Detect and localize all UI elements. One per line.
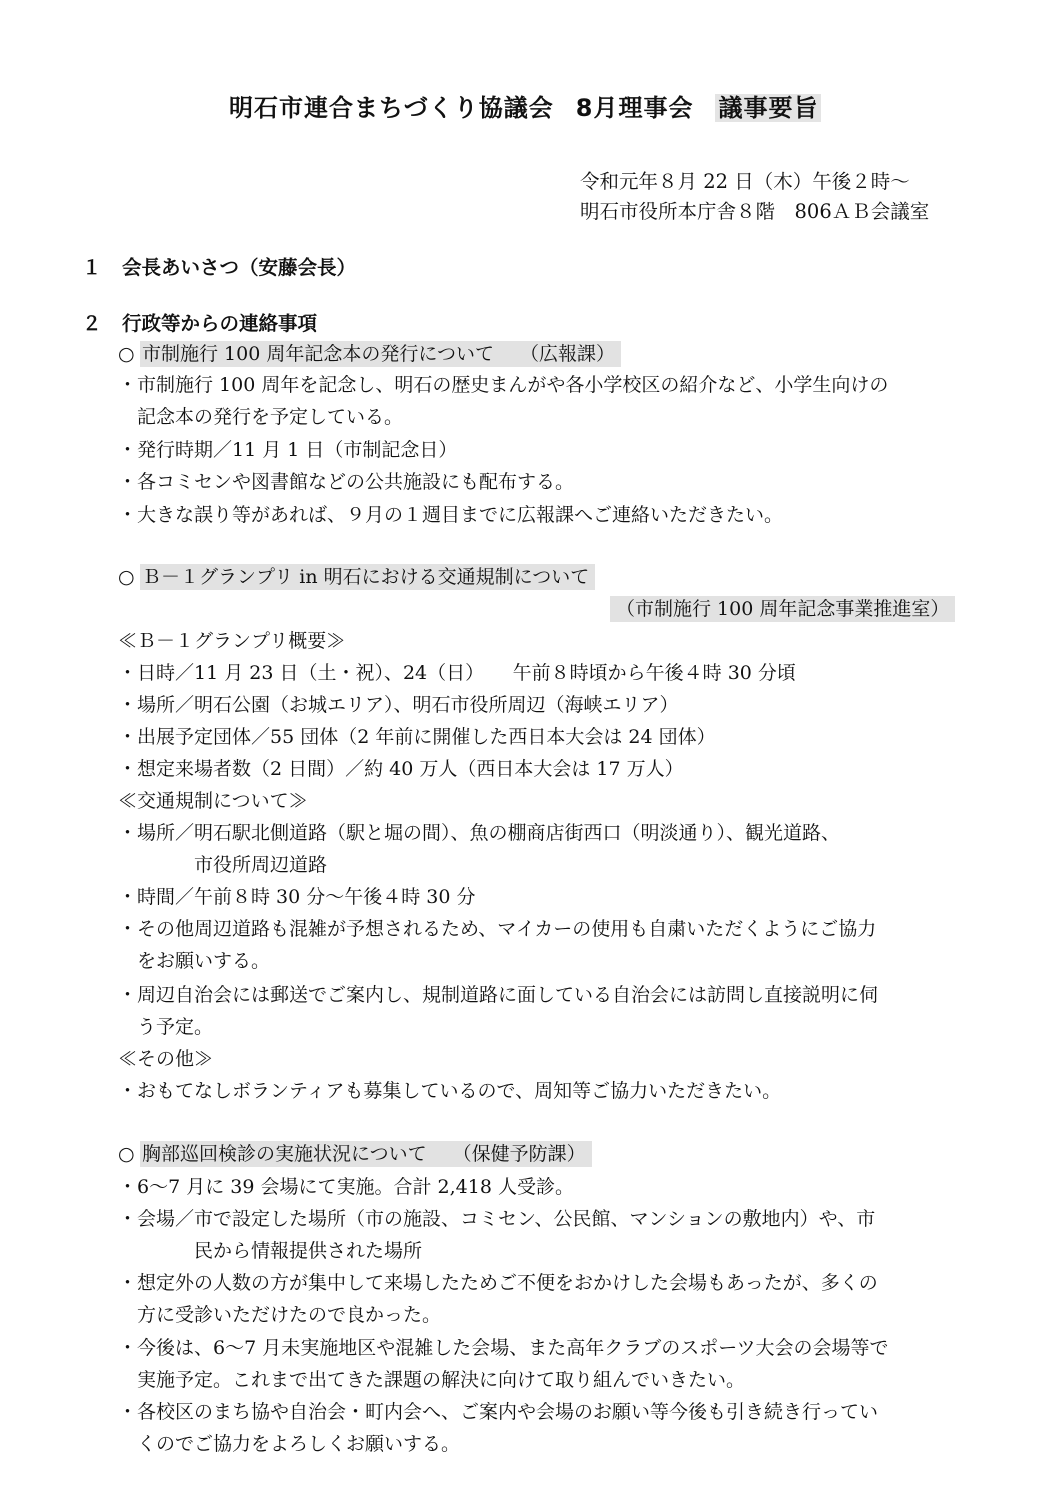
topic-1-line: ・各コミセンや図書館などの公共施設にも配布する。 — [118, 467, 574, 497]
topic-2-line: ・日時／11 月 23 日（土・祝）、24（日） 午前８時頃から午後４時 30 … — [118, 658, 796, 688]
topic-3-line: ・6～7 月に 39 会場にて実施。合計 2,418 人受診。 — [118, 1172, 574, 1202]
topic-3-line: 実施予定。これまで出てきた課題の解決に向けて取り組んでいきたい。 — [118, 1365, 745, 1395]
title-highlight: 議事要旨 — [715, 94, 821, 122]
topic-2-line: 市役所周辺道路 — [118, 850, 327, 880]
topic-2-line: ・周辺自治会には郵送でご案内し、規制道路に面している自治会には訪問し直接説明に伺 — [118, 980, 878, 1010]
circle-bullet-icon: ○ — [118, 1139, 140, 1169]
meeting-datetime: 令和元年８月 22 日（木）午後２時～ — [580, 166, 910, 198]
document-page: 明石市連合まちづくり協議会8月理事会議事要旨 令和元年８月 22 日（木）午後２… — [0, 0, 1058, 1497]
topic-3-line: 民から情報提供された場所 — [118, 1236, 422, 1266]
topic-dept: （広報課） — [520, 343, 615, 365]
topic-2-dept: （市制施行 100 周年記念事業推進室） — [610, 594, 955, 624]
topic-title: 市制施行 100 周年記念本の発行について — [142, 343, 494, 365]
circle-bullet-icon: ○ — [118, 562, 140, 592]
topic-3-line: ・想定外の人数の方が集中して来場したためご不便をおかけした会場もあったが、多くの — [118, 1268, 878, 1298]
topic-2-line: をお願いする。 — [118, 946, 270, 976]
topic-1-header: ○市制施行 100 周年記念本の発行について（広報課） — [118, 339, 621, 369]
title-main: 明石市連合まちづくり協議会 — [229, 94, 554, 122]
topic-3-line: 方に受診いただけたので良かった。 — [118, 1300, 441, 1330]
section-number: ２ — [82, 309, 122, 339]
topic-3-line: くのでご協力をよろしくお願いする。 — [118, 1429, 460, 1459]
topic-1-line: ・発行時期／11 月 1 日（市制記念日） — [118, 435, 457, 465]
topic-title: Ｂ－１グランプリ in 明石における交通規制について — [140, 564, 595, 590]
section-title: 行政等からの連絡事項 — [122, 312, 317, 335]
topic-2-line: ・おもてなしボランティアも募集しているので、周知等ご協力いただきたい。 — [118, 1076, 781, 1106]
topic-dept: （市制施行 100 周年記念事業推進室） — [610, 596, 955, 622]
topic-3-header: ○胸部巡回検診の実施状況について（保健予防課） — [118, 1139, 592, 1169]
topic-3-line: ・各校区のまち協や自治会・町内会へ、ご案内や会場のお願い等今後も引き続き行ってい — [118, 1397, 878, 1427]
topic-2-line: ・その他周辺道路も混雑が予想されるため、マイカーの使用も自粛いただくようにご協力 — [118, 914, 876, 944]
circle-bullet-icon: ○ — [118, 339, 140, 369]
topic-2-line: う予定。 — [118, 1012, 213, 1042]
topic-2-line: ・出展予定団体／55 団体（2 年前に開催した西日本大会は 24 団体） — [118, 722, 716, 752]
topic-2-subheading: ≪交通規制について≫ — [118, 786, 308, 816]
section-2-heading: ２行政等からの連絡事項 — [82, 309, 317, 339]
meeting-location: 明石市役所本庁舎８階 806ＡＢ会議室 — [580, 196, 929, 228]
topic-3-line: ・会場／市で設定した場所（市の施設、コミセン、公民館、マンションの敷地内）や、市 — [118, 1204, 875, 1234]
title-month: 8月理事会 — [576, 94, 694, 122]
section-title: 会長あいさつ（安藤会長） — [122, 256, 356, 279]
topic-2-header: ○Ｂ－１グランプリ in 明石における交通規制について — [118, 562, 595, 592]
section-number: １ — [82, 253, 122, 283]
topic-dept: （保健予防課） — [453, 1143, 586, 1165]
topic-2-line: ・場所／明石公園（お城エリア）、明石市役所周辺（海峡エリア） — [118, 690, 679, 720]
topic-2-line: ・場所／明石駅北側道路（駅と堀の間）、魚の棚商店街西口（明淡通り）、観光道路、 — [118, 818, 840, 848]
topic-2-line: ・想定来場者数（2 日間）／約 40 万人（西日本大会は 17 万人） — [118, 754, 684, 784]
topic-1-line: ・大きな誤り等があれば、９月の１週目までに広報課へご連絡いただきたい。 — [118, 500, 783, 530]
topic-1-line: ・市制施行 100 周年を記念し、明石の歴史まんがや各小学校区の紹介など、小学生… — [118, 370, 888, 400]
topic-2-subheading: ≪その他≫ — [118, 1044, 213, 1074]
topic-2-subheading: ≪Ｂ－１グランプリ概要≫ — [118, 626, 345, 656]
document-title: 明石市連合まちづくり協議会8月理事会議事要旨 — [229, 90, 821, 126]
topic-3-line: ・今後は、6～7 月未実施地区や混雑した会場、また高年クラブのスポーツ大会の会場… — [118, 1333, 888, 1363]
topic-1-line: 記念本の発行を予定している。 — [118, 402, 403, 432]
topic-2-line: ・時間／午前８時 30 分～午後４時 30 分 — [118, 882, 476, 912]
section-1-heading: １会長あいさつ（安藤会長） — [82, 253, 356, 283]
topic-title: 胸部巡回検診の実施状況について — [142, 1143, 427, 1165]
